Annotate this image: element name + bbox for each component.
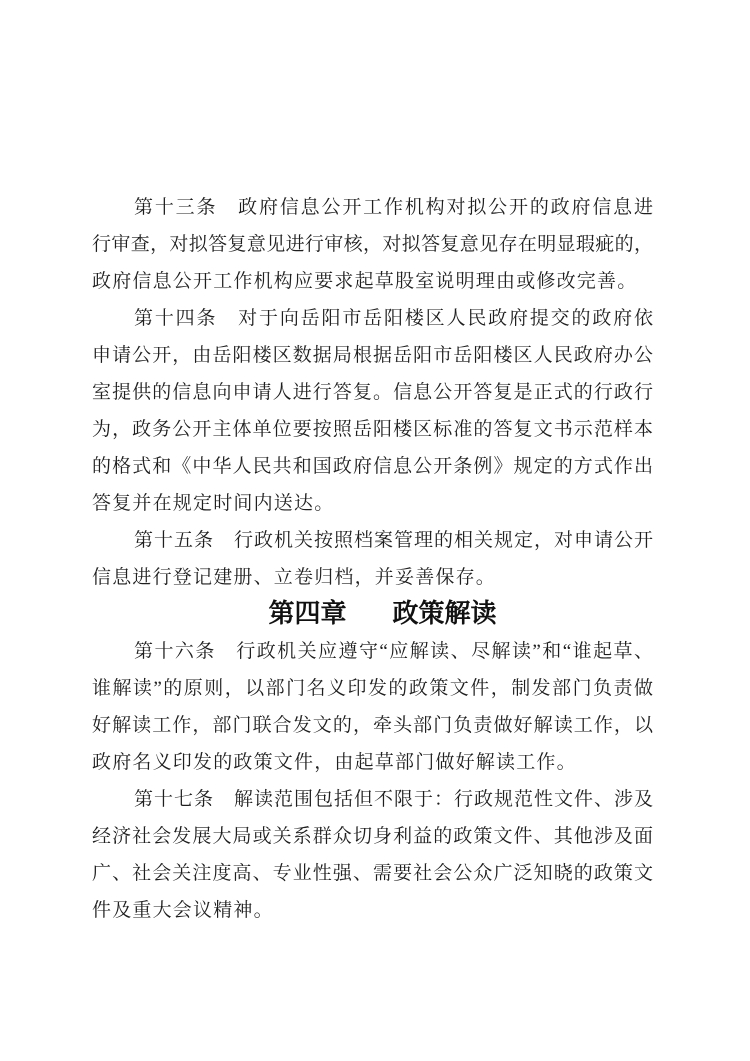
text-line: 行审查，对拟答复意见进行审核，对拟答复意见存在明显瑕疵的， [92,226,653,263]
chapter-number: 第四章 [268,596,346,633]
article-14-paragraph: 第十四条 对于向岳阳市岳阳楼区人民政府提交的政府依 申请公开，由岳阳楼区数据局根… [92,300,653,522]
text-line: 答复并在规定时间内送达。 [92,485,653,522]
text-line: 件及重大会议精神。 [92,892,653,929]
text-line: 为，政务公开主体单位要按照岳阳楼区标准的答复文书示范样本 [92,411,653,448]
text-line: 第十七条 解读范围包括但不限于：行政规范性文件、涉及 [92,781,653,818]
article-15-paragraph: 第十五条 行政机关按照档案管理的相关规定，对申请公开 信息进行登记建册、立卷归档… [92,522,653,596]
text-line: 广、社会关注度高、专业性强、需要社会公众广泛知晓的政策文 [92,855,653,892]
text-line: 的格式和《中华人民共和国政府信息公开条例》规定的方式作出 [92,448,653,485]
text-line: 谁解读”的原则，以部门名义印发的政策文件，制发部门负责做 [92,670,653,707]
text-line: 经济社会发展大局或关系群众切身利益的政策文件、其他涉及面 [92,818,653,855]
article-17-paragraph: 第十七条 解读范围包括但不限于：行政规范性文件、涉及 经济社会发展大局或关系群众… [92,781,653,929]
text-line: 第十六条 行政机关应遵守“应解读、尽解读”和“谁起草、 [92,633,653,670]
text-line: 信息进行登记建册、立卷归档，并妥善保存。 [92,559,653,596]
text-line: 政府信息公开工作机构应要求起草股室说明理由或修改完善。 [92,263,653,300]
document-page: 第十三条 政府信息公开工作机构对拟公开的政府信息进 行审查，对拟答复意见进行审核… [92,189,653,929]
text-line: 室提供的信息向申请人进行答复。信息公开答复是正式的行政行 [92,374,653,411]
text-line: 好解读工作，部门联合发文的，牵头部门负责做好解读工作，以 [92,707,653,744]
text-line: 第十五条 行政机关按照档案管理的相关规定，对申请公开 [92,522,653,559]
text-line: 申请公开，由岳阳楼区数据局根据岳阳市岳阳楼区人民政府办公 [92,337,653,374]
chapter-title: 政策解读 [393,596,497,633]
text-line: 第十三条 政府信息公开工作机构对拟公开的政府信息进 [92,189,653,226]
article-13-paragraph: 第十三条 政府信息公开工作机构对拟公开的政府信息进 行审查，对拟答复意见进行审核… [92,189,653,300]
chapter-4-heading: 第四章 政策解读 [102,596,663,633]
text-line: 第十四条 对于向岳阳市岳阳楼区人民政府提交的政府依 [92,300,653,337]
text-line: 政府名义印发的政策文件，由起草部门做好解读工作。 [92,744,653,781]
article-16-paragraph: 第十六条 行政机关应遵守“应解读、尽解读”和“谁起草、 谁解读”的原则，以部门名… [92,633,653,781]
